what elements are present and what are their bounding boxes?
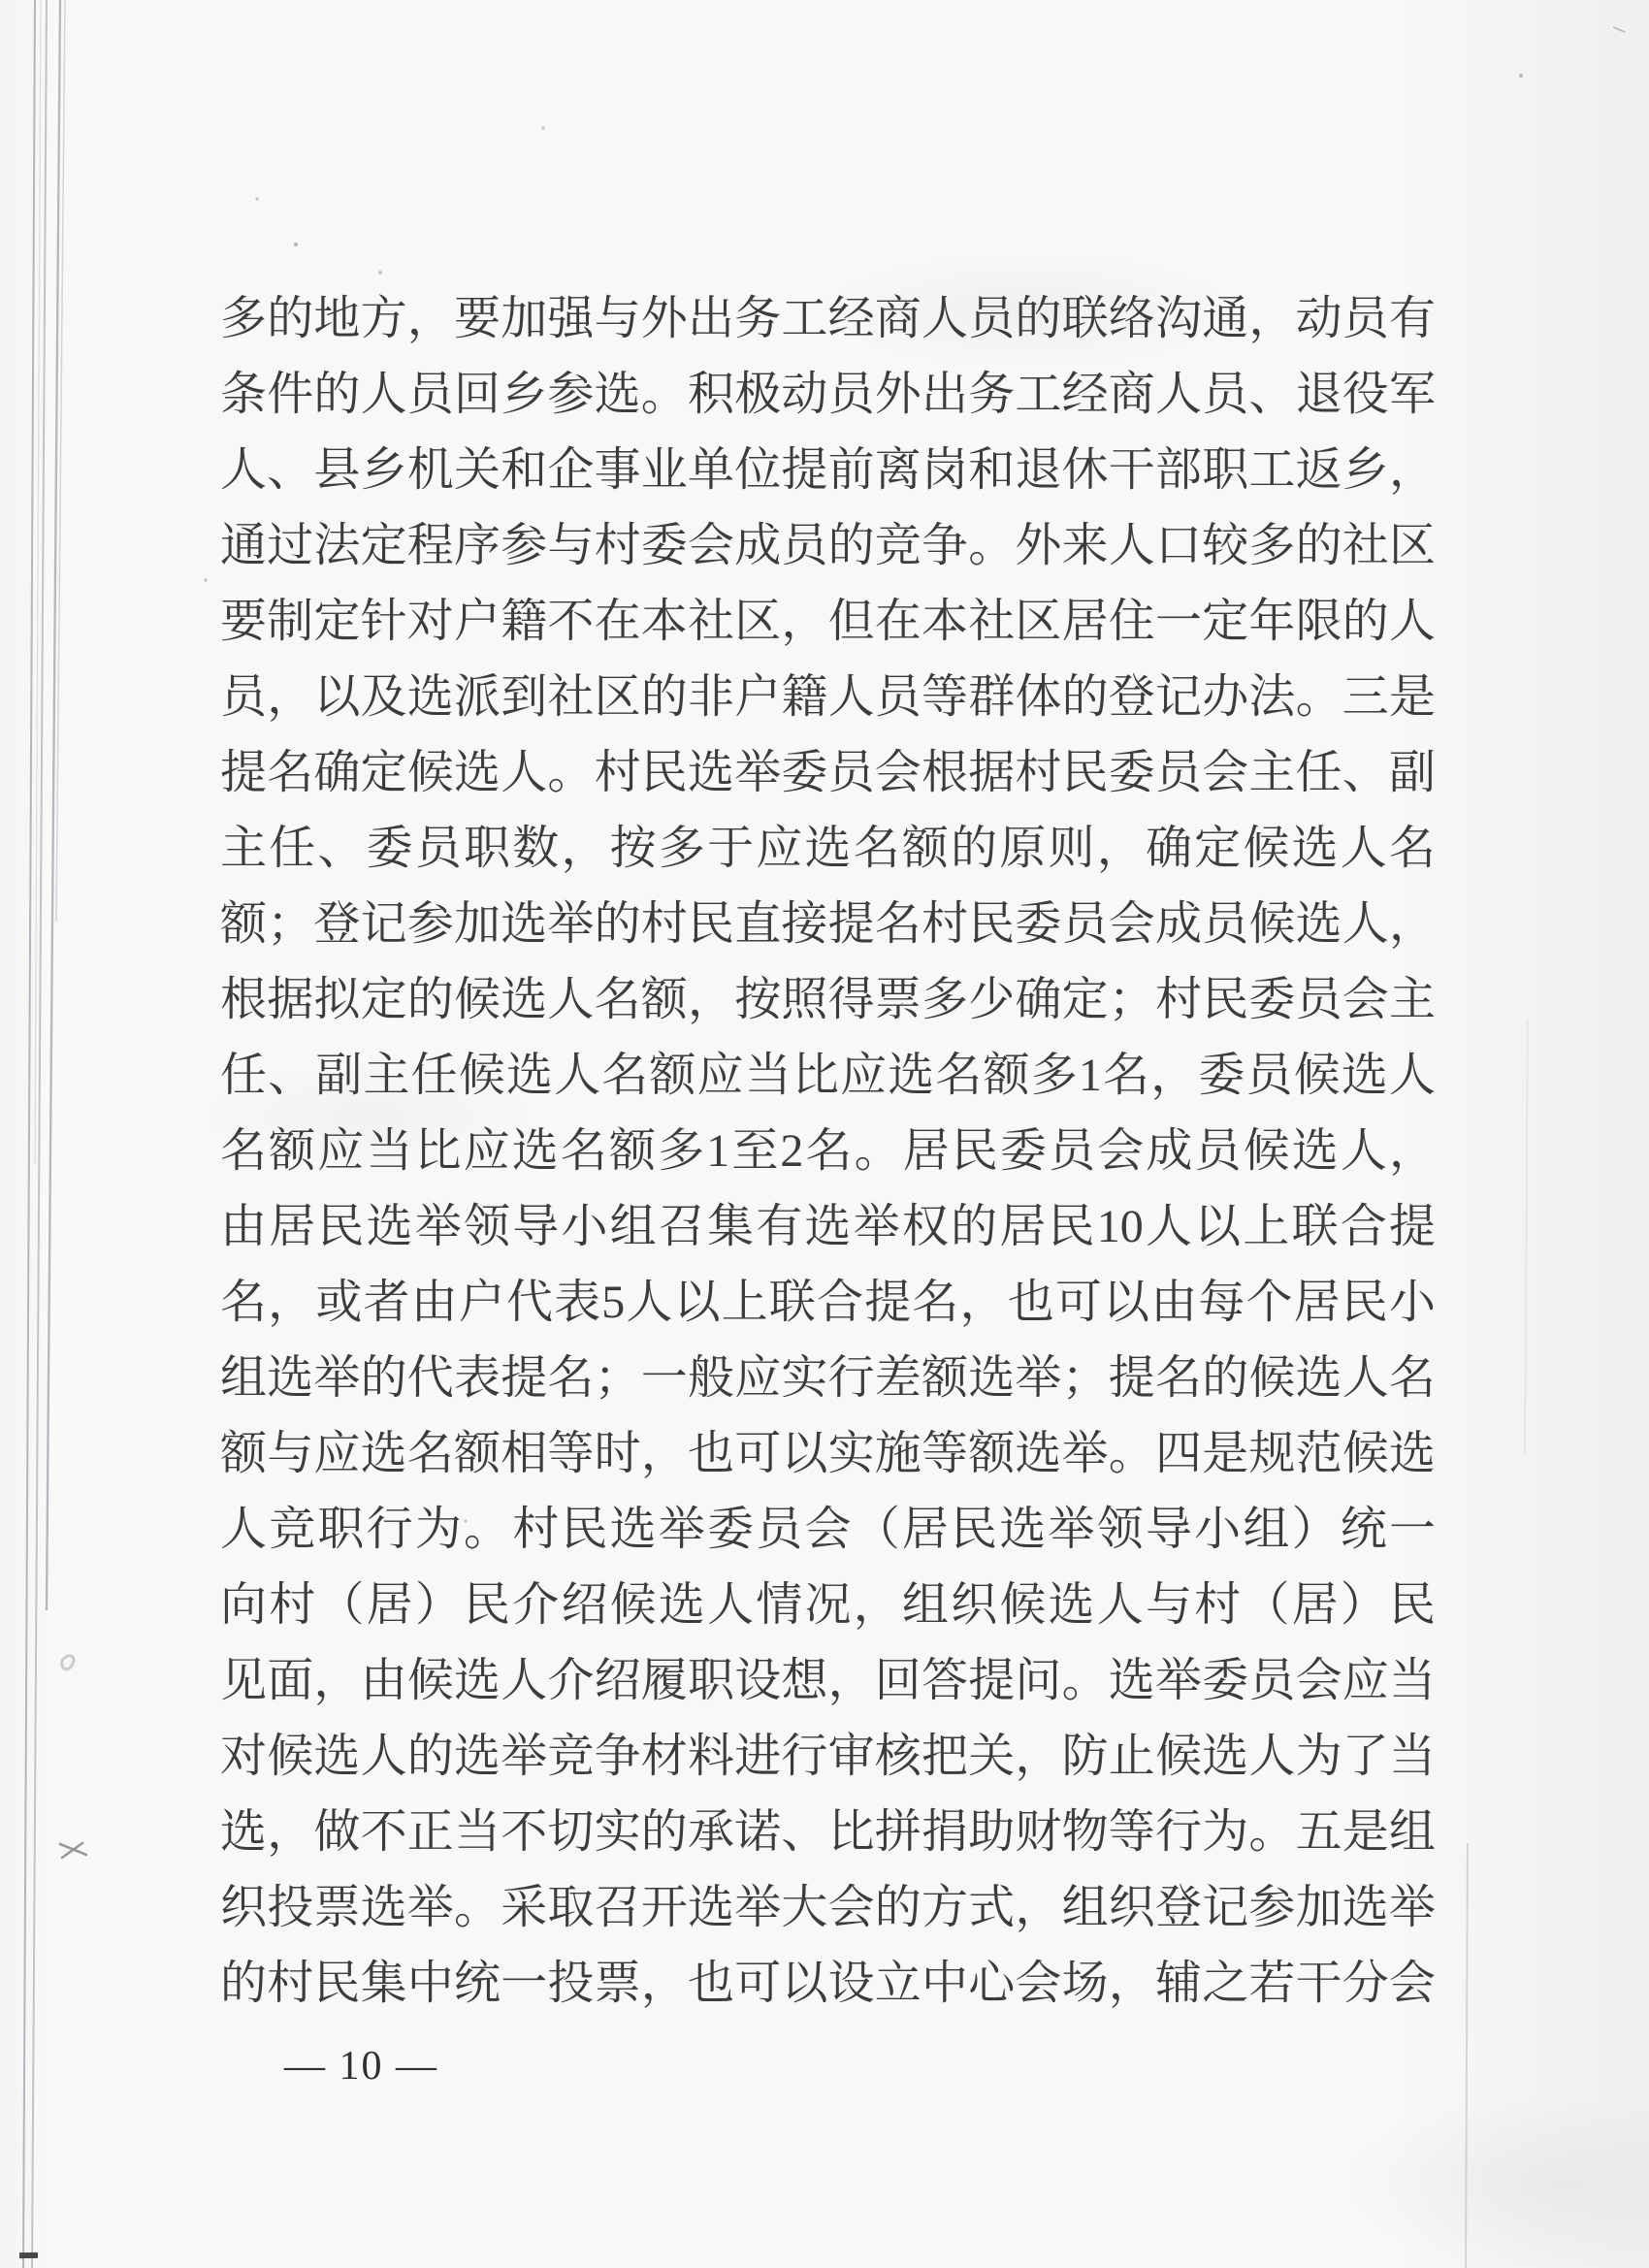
text-line: 向村（居）民介绍候选人情况，组织候选人与村（居）民 bbox=[220, 1568, 1436, 1643]
binding-lines bbox=[23, 0, 65, 2268]
text-line: 额；登记参加选举的村民直接提名村民委员会成员候选人， bbox=[220, 887, 1436, 962]
text-line: 主任、委员职数，按多于应选名额的原则，确定候选人名 bbox=[220, 811, 1436, 887]
smudge-marks bbox=[60, 1656, 86, 1858]
text-line: 要制定针对户籍不在本社区，但在本社区居住一定年限的人 bbox=[220, 584, 1436, 660]
page-edge-lines bbox=[1466, 1019, 1528, 2268]
text-line: 多的地方，要加强与外出务工经商人员的联络沟通，动员有 bbox=[220, 281, 1436, 357]
text-line: 见面，由候选人介绍履职设想，回答提问。选举委员会应当 bbox=[220, 1643, 1436, 1719]
text-line: 提名确定候选人。村民选举委员会根据村民委员会主任、副 bbox=[220, 735, 1436, 811]
scanned-page: 多的地方，要加强与外出务工经商人员的联络沟通，动员有条件的人员回乡参选。积极动员… bbox=[0, 0, 1649, 2268]
text-line: 通过法定程序参与村委会成员的竞争。外来人口较多的社区 bbox=[220, 508, 1436, 584]
document-body: 多的地方，要加强与外出务工经商人员的联络沟通，动员有条件的人员回乡参选。积极动员… bbox=[220, 281, 1436, 2022]
text-line: 名，或者由户代表5人以上联合提名，也可以由每个居民小 bbox=[220, 1265, 1436, 1341]
bottom-left-mark bbox=[19, 2252, 38, 2258]
text-line: 人竞职行为。村民选举委员会（居民选举领导小组）统一 bbox=[220, 1492, 1436, 1568]
text-line: 由居民选举领导小组召集有选举权的居民10人以上联合提 bbox=[220, 1189, 1436, 1265]
text-line: 任、副主任候选人名额应当比应选名额多1名，委员候选人 bbox=[220, 1038, 1436, 1114]
text-line: 的村民集中统一投票，也可以设立中心会场，辅之若干分会 bbox=[220, 1946, 1436, 2022]
text-line: 人、县乡机关和企事业单位提前离岗和退休干部职工返乡， bbox=[220, 433, 1436, 508]
text-line: 条件的人员回乡参选。积极动员外出务工经商人员、退役军 bbox=[220, 357, 1436, 433]
text-line: 组选举的代表提名；一般应实行差额选举；提名的候选人名 bbox=[220, 1341, 1436, 1416]
text-line: 选，做不正当不切实的承诺、比拼捐助财物等行为。五是组 bbox=[220, 1795, 1436, 1870]
text-line: 额与应选名额相等时，也可以实施等额选举。四是规范候选 bbox=[220, 1416, 1436, 1492]
text-line: 对候选人的选举竞争材料进行审核把关，防止候选人为了当 bbox=[220, 1719, 1436, 1795]
text-line: 员，以及选派到社区的非户籍人员等群体的登记办法。三是 bbox=[220, 660, 1436, 735]
text-line: 织投票选举。采取召开选举大会的方式，组织登记参加选举 bbox=[220, 1870, 1436, 1946]
text-line: 名额应当比应选名额多1至2名。居民委员会成员候选人， bbox=[220, 1114, 1436, 1189]
text-line: 根据拟定的候选人名额，按照得票多少确定；村民委员会主 bbox=[220, 962, 1436, 1038]
page-number: — 10 — bbox=[284, 2043, 438, 2090]
